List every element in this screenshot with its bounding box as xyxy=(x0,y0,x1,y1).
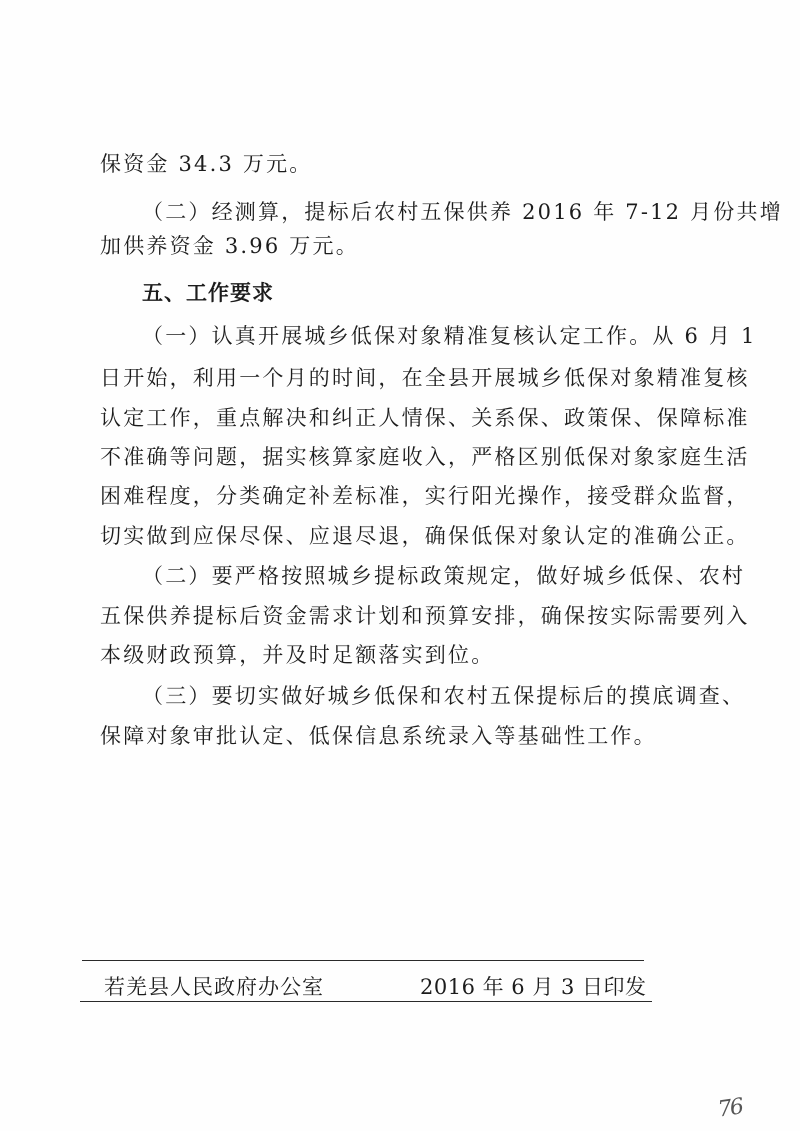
document-page: 保资金 34.3 万元。 （二）经测算，提标后农村五保供养 2016 年 7-1… xyxy=(0,0,800,1131)
requirement-3-line: （三）要切实做好城乡低保和农村五保提标后的摸底调查、 xyxy=(142,682,762,710)
requirement-1-line: 切实做到应保尽保、应退尽退，确保低保对象认定的准确公正。 xyxy=(100,522,720,550)
issuer-name: 若羌县人民政府办公室 xyxy=(104,974,324,1000)
requirement-2-line: 五保供养提标后资金需求计划和预算安排，确保按实际需要列入 xyxy=(100,602,720,630)
requirement-1-line: 不准确等问题，据实核算家庭收入，严格区别低保对象家庭生活 xyxy=(100,443,720,471)
requirement-1-line: 困难程度，分类确定补差标准，实行阳光操作，接受群众监督， xyxy=(100,482,720,510)
body-line: 加供养资金 3.96 万元。 xyxy=(100,232,720,260)
requirement-1-line: 认定工作，重点解决和纠正人情保、关系保、政策保、保障标准 xyxy=(100,404,720,432)
issue-date: 2016 年 6 月 3 日印发 xyxy=(420,974,647,1000)
requirement-2-line: （二）要严格按照城乡提标政策规定，做好城乡低保、农村 xyxy=(142,562,762,590)
handwritten-page-number: 76 xyxy=(716,1094,743,1122)
requirement-1-line: （一）认真开展城乡低保对象精准复核认定工作。从 6 月 1 xyxy=(142,322,762,350)
footer-top-rule xyxy=(82,960,644,961)
body-line: （二）经测算，提标后农村五保供养 2016 年 7-12 月份共增 xyxy=(142,198,762,226)
requirement-2-line: 本级财政预算，并及时足额落实到位。 xyxy=(100,641,720,669)
requirement-3-line: 保障对象审批认定、低保信息系统录入等基础性工作。 xyxy=(100,722,720,750)
body-line: 保资金 34.3 万元。 xyxy=(100,150,720,178)
requirement-1-line: 日开始，利用一个月的时间，在全县开展城乡低保对象精准复核 xyxy=(100,364,720,392)
section-heading: 五、工作要求 xyxy=(142,279,762,307)
footer-bottom-rule xyxy=(80,1001,652,1002)
